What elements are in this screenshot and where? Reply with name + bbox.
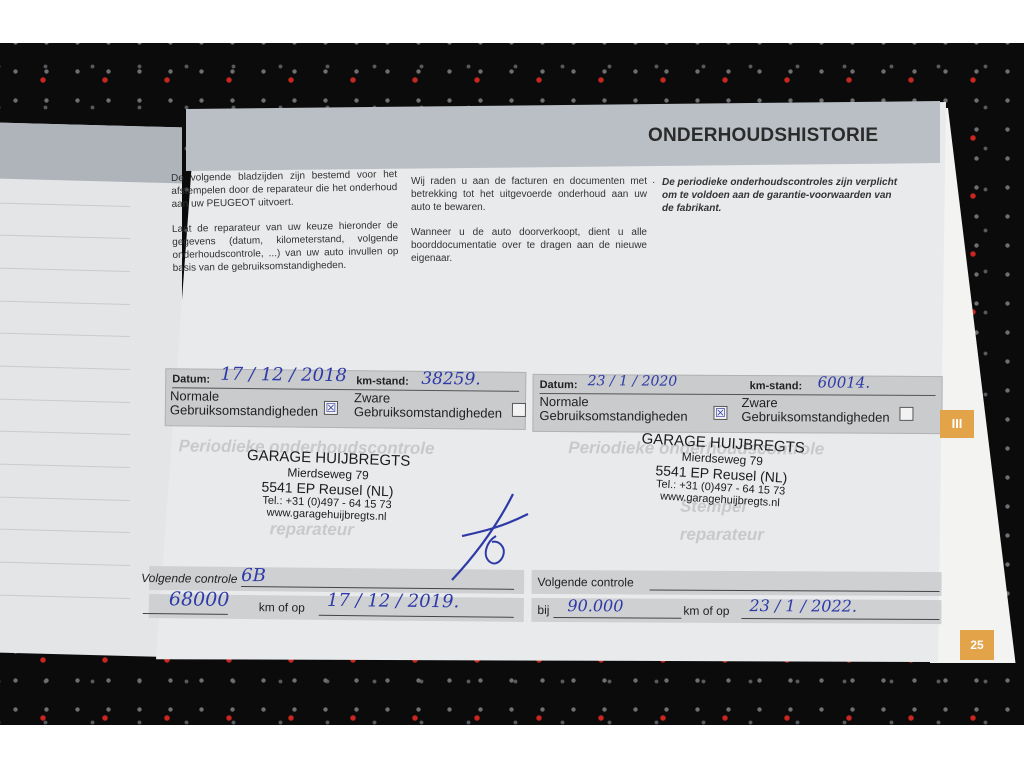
- warranty-note: De periodieke onderhoudscontroles zijn v…: [662, 176, 898, 215]
- ruled-line: [0, 595, 130, 599]
- heavy-usage-line2: Gebruiksomstandigheden: [354, 405, 502, 421]
- write-line: [319, 615, 514, 618]
- next-km-value[interactable]: 90.000: [567, 596, 623, 615]
- intro-paragraph: Wij raden u aan de facturen en documente…: [411, 175, 647, 214]
- at-label: bij: [537, 603, 549, 617]
- write-line: [241, 586, 514, 590]
- entry-header-box: Datum: 17 / 12 / 2018 km-stand: 38259. N…: [165, 368, 527, 430]
- normal-usage-checkbox[interactable]: ☒: [324, 401, 338, 415]
- normal-usage-label: Normale Gebruiksomstandigheden: [539, 395, 687, 424]
- page-number-tab: 25: [960, 630, 994, 660]
- heavy-usage-label: Zware Gebruiksomstandigheden: [354, 391, 502, 421]
- km-or-on-label: km of op: [683, 604, 729, 618]
- datum-label: Datum:: [540, 379, 578, 391]
- normal-usage-line2: Gebruiksomstandigheden: [170, 403, 318, 419]
- datum-label: Datum:: [172, 373, 210, 385]
- ruled-line: [0, 203, 130, 207]
- page-title: ONDERHOUDSHISTORIE: [648, 125, 878, 147]
- next-control-label: Volgende controle: [538, 575, 634, 590]
- ruled-line: [0, 366, 130, 370]
- ruled-line: [0, 464, 130, 468]
- km-stand-label: km-stand:: [750, 380, 803, 392]
- write-line: [553, 617, 681, 619]
- next-km-row: 68000 km of op 17 / 12 / 2019.: [149, 594, 524, 622]
- next-date-value[interactable]: 23 / 1 / 2022.: [749, 596, 857, 616]
- maintenance-entry-2: Datum: 23 / 1 / 2020 km-stand: 60014. No…: [531, 374, 942, 631]
- datum-value[interactable]: 17 / 12 / 2018: [220, 364, 347, 386]
- ruled-line: [0, 333, 130, 337]
- next-km-value[interactable]: 68000: [169, 588, 230, 611]
- ruled-line: [0, 562, 130, 566]
- ruled-line: [0, 268, 130, 272]
- ruled-line: [0, 431, 130, 435]
- next-control-label: Volgende controle: [141, 571, 237, 586]
- km-stand-value[interactable]: 38259.: [421, 369, 481, 390]
- chapter-tab[interactable]: III: [940, 410, 974, 438]
- heavy-usage-line2: Gebruiksomstandigheden: [741, 410, 889, 425]
- ruled-line: [0, 399, 130, 403]
- heavy-usage-checkbox[interactable]: [899, 407, 913, 421]
- write-line: [741, 618, 939, 620]
- km-stand-value[interactable]: 60014.: [818, 373, 871, 391]
- intro-column-1: De volgende bladzijden zijn bestemd voor…: [171, 168, 399, 287]
- garage-stamp: GARAGE HUIJBREGTS Mierdseweg 79 5541 EP …: [622, 429, 821, 511]
- ruled-line: [0, 497, 130, 501]
- garage-stamp: GARAGE HUIJBREGTS Mierdseweg 79 5541 EP …: [234, 447, 421, 525]
- km-stand-label: km-stand:: [356, 375, 409, 388]
- heavy-usage-checkbox[interactable]: [512, 403, 526, 417]
- next-control-value[interactable]: 6B: [241, 565, 266, 586]
- ruled-line: [0, 529, 130, 533]
- next-km-row: bij 90.000 km of op 23 / 1 / 2022.: [531, 598, 941, 624]
- datum-value[interactable]: 23 / 1 / 2020: [588, 373, 678, 389]
- next-date-value[interactable]: 17 / 12 / 2019.: [327, 590, 460, 612]
- left-page-header-band: [0, 123, 182, 184]
- bullet-icon: ·: [652, 176, 655, 189]
- intro-column-2: Wij raden u aan de facturen en documente…: [411, 175, 647, 277]
- ruled-line: [0, 301, 130, 305]
- next-control-row: Volgende controle: [532, 570, 942, 596]
- intro-paragraph: De volgende bladzijden zijn bestemd voor…: [171, 168, 398, 211]
- normal-usage-checkbox[interactable]: ☒: [713, 406, 727, 420]
- km-or-on-label: km of op: [259, 600, 305, 614]
- watermark-reparateur: reparateur: [680, 525, 764, 545]
- write-line: [143, 613, 228, 615]
- signature-icon: [440, 490, 535, 585]
- watermark-reparateur: reparateur: [270, 519, 354, 540]
- ruled-line: [0, 235, 130, 239]
- write-line: [650, 590, 940, 593]
- intro-paragraph: Wanneer u de auto doorverkoopt, dient u …: [411, 226, 647, 265]
- normal-usage-label: Normale Gebruiksomstandigheden: [170, 389, 318, 419]
- intro-paragraph: Laat de reparateur van uw keuze hieronde…: [172, 219, 399, 275]
- normal-usage-line2: Gebruiksomstandigheden: [539, 409, 687, 424]
- entry-header-box: Datum: 23 / 1 / 2020 km-stand: 60014. No…: [532, 374, 942, 434]
- heavy-usage-label: Zware Gebruiksomstandigheden: [741, 396, 889, 425]
- intro-column-3: · De periodieke onderhoudscontroles zijn…: [662, 176, 898, 227]
